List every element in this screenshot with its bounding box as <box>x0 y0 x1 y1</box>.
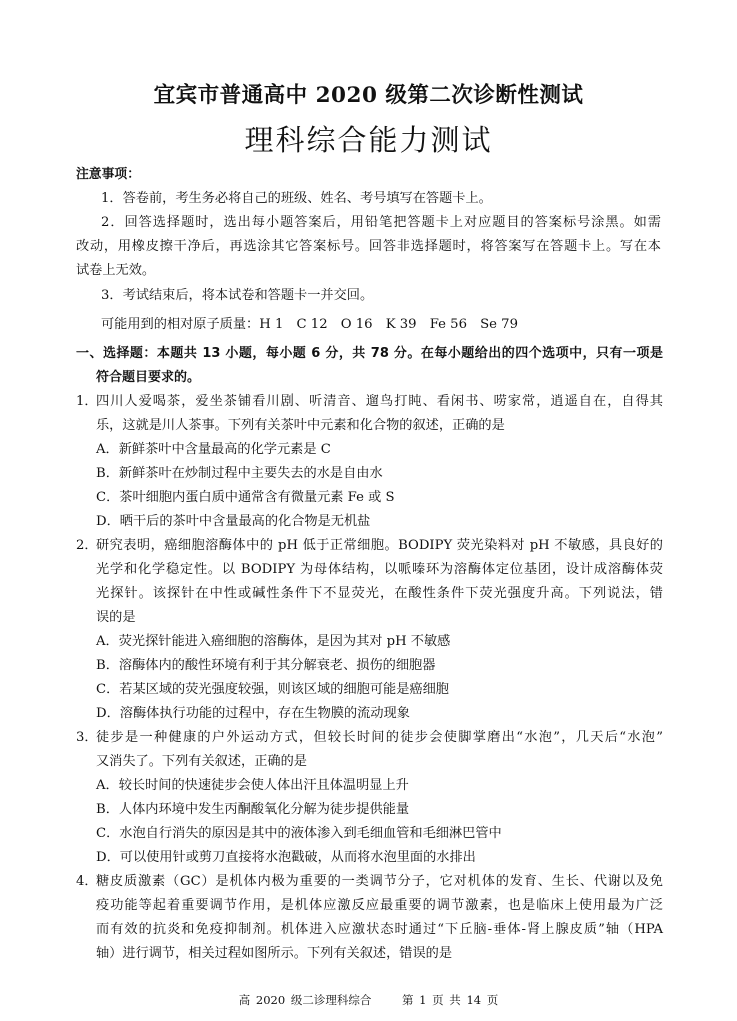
exam-title: 宜宾市普通高中 2020 级第二次诊断性测试 <box>0 78 737 109</box>
notice-heading: 注意事项： <box>76 166 140 184</box>
option-c: C．若某区域的荧光强度较强，则该区域的细胞可能是癌细胞 <box>96 681 449 699</box>
question-stem: 而有效的抗炎和免疫抑制剂。机体进入应激状态时通过“下丘脑-垂体-肾上腺皮质”轴（… <box>96 921 663 939</box>
section-instruction-cont: 符合题目要求的。 <box>96 369 200 387</box>
option-b: B．新鲜茶叶在炒制过程中主要失去的水是自由水 <box>96 465 383 483</box>
option-d: D．溶酶体执行功能的过程中，存在生物膜的流动现象 <box>96 705 410 723</box>
notice-item: 3．考试结束后，将本试卷和答题卡一并交回。 <box>101 287 373 305</box>
question-stem: 乐，这就是川人茶事。下列有关茶叶中元素和化合物的叙述，正确的是 <box>96 417 505 435</box>
option-a: A．荧光探针能进入癌细胞的溶酶体，是因为其对 pH 不敏感 <box>96 633 450 651</box>
notice-item: 试卷上无效。 <box>76 262 155 280</box>
question-stem: 徒步是一种健康的户外运动方式，但较长时间的徒步会使脚掌磨出“水泡”，几天后“水泡… <box>96 729 663 747</box>
question-stem: 又消失了。下列有关叙述，正确的是 <box>96 753 307 771</box>
option-d: D．晒干后的茶叶中含量最高的化合物是无机盐 <box>96 513 370 531</box>
question-stem: 轴）进行调节，相关过程如图所示。下列有关叙述，错误的是 <box>96 945 452 963</box>
footer-page-number: 第 1 页 共 14 页 <box>402 993 498 1007</box>
notice-item: 2．回答选择题时，选出每小题答案后，用铅笔把答题卡上对应题目的答案标号涂黑。如需 <box>101 214 661 232</box>
option-c: C．水泡自行消失的原因是其中的液体渗入到毛细血管和毛细淋巴管中 <box>96 825 502 843</box>
footer-exam-label: 高 2020 级二诊理科综合 <box>239 993 372 1007</box>
option-b: B．人体内环境中发生丙酮酸氧化分解为徒步提供能量 <box>96 801 409 819</box>
question-stem: 光学和化学稳定性。以 BODIPY 为母体结构，以哌嗪环为溶酶体定位基团，设计成… <box>96 561 663 579</box>
question-number: 3． <box>76 729 98 747</box>
question-number: 1． <box>76 393 98 411</box>
question-stem: 光探针。该探针在中性或碱性条件下不显荧光，在酸性条件下荧光强度升高。下列说法，错 <box>96 585 663 603</box>
option-a: A．较长时间的快速徒步会使人体出汗且体温明显上升 <box>96 777 409 795</box>
exam-subtitle: 理科综合能力测试 <box>0 118 737 159</box>
option-c: C．茶叶细胞内蛋白质中通常含有微量元素 Fe 或 S <box>96 489 395 507</box>
question-stem: 误的是 <box>96 609 136 627</box>
question-number: 2． <box>76 537 98 555</box>
notice-item: 1．答卷前，考生务必将自己的班级、姓名、考号填写在答题卡上。 <box>101 190 492 208</box>
question-number: 4． <box>76 873 98 891</box>
option-a: A．新鲜茶叶中含量最高的化学元素是 C <box>96 441 331 459</box>
option-b: B．溶酶体内的酸性环境有利于其分解衰老、损伤的细胞器 <box>96 657 435 675</box>
section-instruction: 一、选择题：本题共 13 小题，每小题 6 分，共 78 分。在每小题给出的四个… <box>76 345 663 363</box>
question-stem: 研究表明，癌细胞溶酶体中的 pH 低于正常细胞。BODIPY 荧光染料对 pH … <box>96 537 663 555</box>
question-stem: 疫功能等起着重要调节作用，是机体应激反应最重要的调节激素，也是临床上使用最为广泛 <box>96 897 663 915</box>
question-stem: 糖皮质激素（GC）是机体内极为重要的一类调节分子，它对机体的发育、生长、代谢以及… <box>96 873 663 891</box>
question-stem: 四川人爱喝茶，爱坐茶铺看川剧、听清音、遛鸟打盹、看闲书、唠家常，逍遥自在，自得其 <box>96 393 663 411</box>
atomic-masses: 可能用到的相对原子质量：H 1 C 12 O 16 K 39 Fe 56 Se … <box>101 316 518 334</box>
option-d: D．可以使用针或剪刀直接将水泡戳破，从而将水泡里面的水排出 <box>96 849 476 867</box>
exam-page: 宜宾市普通高中 2020 级第二次诊断性测试 理科综合能力测试 注意事项： 1．… <box>0 0 737 1021</box>
page-footer: 高 2020 级二诊理科综合 第 1 页 共 14 页 <box>0 992 737 1008</box>
notice-item: 改动，用橡皮擦干净后，再选涂其它答案标号。回答非选择题时，将答案写在答题卡上。写… <box>76 238 661 256</box>
